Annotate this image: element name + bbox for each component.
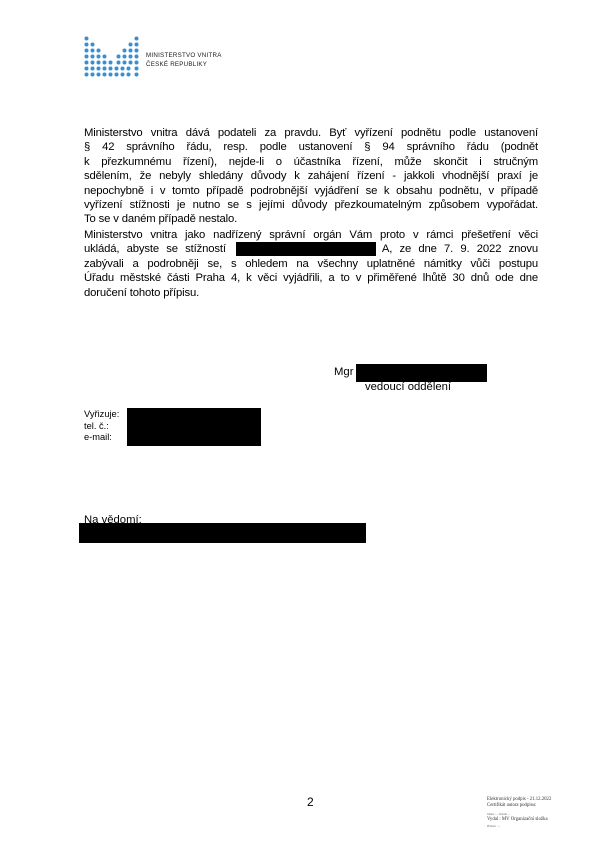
text-line: Ministerstvo vnitra jako nadřízený správ… <box>84 228 538 242</box>
text-line: zabývali a podrobněji se, s ohledem na v… <box>84 257 538 271</box>
paragraph-instruction: Ministerstvo vnitra jako nadřízený správ… <box>84 228 538 300</box>
text-line: k přezkumnému řízení), nejde-li o účastn… <box>84 155 538 169</box>
text-line: Ministerstvo vnitra dává podateli za pra… <box>84 126 538 140</box>
contact-label-handler: Vyřizuje: <box>84 409 119 421</box>
contact-label-email: e-mail: <box>84 432 119 444</box>
text-before-redaction: ukládá, abyste se stížností <box>84 243 226 255</box>
text-line: nepochybně i v tomto případě podrobnější… <box>84 184 538 198</box>
esign-cert-label: Certifikát autora podpisu: <box>487 803 551 809</box>
redaction-cc-recipient <box>79 523 366 543</box>
ministry-name-line1: MINISTERSTVO VNITRA <box>146 51 222 60</box>
text-line: vyřízení stížnosti je nutno se s jejími … <box>84 198 538 212</box>
esign-validity: Platnost : ... <box>487 825 551 829</box>
ministry-logo: MINISTERSTVO VNITRA ČESKÉ REPUBLIKY <box>84 36 234 78</box>
paragraph-finding: Ministerstvo vnitra dává podateli za pra… <box>84 126 538 227</box>
contact-block: Vyřizuje: tel. č.: e-mail: <box>84 409 119 444</box>
text-line: sdělením, že nebyly shledány důvody k za… <box>84 169 538 183</box>
electronic-signature-stamp: Elektronický podpis - 21.12.2022 Certifi… <box>487 797 551 829</box>
signatory-role: vedoucí oddělení <box>365 381 451 393</box>
dot-matrix-m-logo-icon <box>84 36 140 78</box>
ministry-name-line2: ČESKÉ REPUBLIKY <box>146 60 222 69</box>
redaction-signatory-name <box>356 364 487 382</box>
signatory-title: Mgr <box>334 366 353 378</box>
redaction-contact-details <box>127 408 261 446</box>
text-line: doručení tohoto přípisu. <box>84 286 538 300</box>
cc-label: Na vědomí: <box>84 514 142 526</box>
contact-label-phone: tel. č.: <box>84 421 119 433</box>
text-line: § 42 správního řádu, resp. podle ustanov… <box>84 140 538 154</box>
esign-issuer: Vydal : MV Organizační složka <box>487 817 551 822</box>
text-line: To se v daném případě nestalo. <box>84 212 538 226</box>
text-after-redaction: A, ze dne 7. 9. 2022 znovu <box>382 243 538 255</box>
page-number: 2 <box>307 795 314 809</box>
ministry-name: MINISTERSTVO VNITRA ČESKÉ REPUBLIKY <box>146 51 222 69</box>
redaction-complaint-name <box>236 242 376 256</box>
text-line: Úřadu městské části Praha 4, k věci vyjá… <box>84 271 538 285</box>
